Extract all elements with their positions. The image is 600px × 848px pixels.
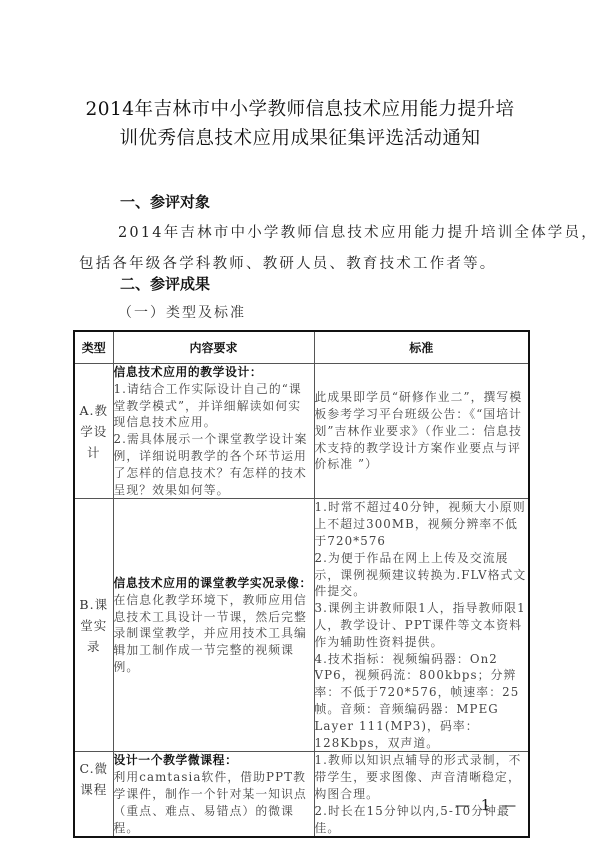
content-cell: 信息技术应用的课堂教学实况录像： 在信息化教学环境下，教师应用信息技术工具设计一…	[113, 499, 314, 752]
participants-paragraph-line1: 2014年吉林市中小学教师信息技术应用能力提升培训全体学员，	[118, 221, 598, 242]
table-header-row: 类型 内容要求 标准	[74, 331, 529, 364]
table-row: C.微课程 设计一个教学微课程： 利用camtasia软件，借助PPT教学课件，…	[74, 752, 529, 837]
type-label: B.课堂实录	[79, 594, 109, 657]
section-heading-participants: 一、参评对象	[120, 191, 210, 212]
content-title: 信息技术应用的课堂教学实况录像：	[114, 575, 314, 592]
content-cell: 信息技术应用的教学设计： 1.请结合工作实际设计自己的“课堂教学模式”，并详细解…	[113, 364, 314, 499]
document-title-line2: 训优秀信息技术应用成果征集评选活动通知	[0, 124, 600, 150]
standard-text: 1.教师以知识点辅导的形式录制，不带学生，要求图像、声音清晰稳定，构图合理。 2…	[315, 752, 529, 836]
content-title: 信息技术应用的教学设计：	[114, 364, 314, 381]
header-type: 类型	[74, 331, 113, 364]
table-row: B.课堂实录 信息技术应用的课堂教学实况录像： 在信息化教学环境下，教师应用信息…	[74, 499, 529, 752]
type-cell: C.微课程	[74, 752, 113, 837]
document-title-line1: 2014年吉林市中小学教师信息技术应用能力提升培	[0, 95, 600, 121]
type-label: C.微课程	[79, 758, 109, 800]
standard-cell: 此成果即学员“研修作业二”，撰写模板参考学习平台班级公告：《“国培计划”吉林作业…	[314, 364, 529, 499]
content-title: 设计一个教学微课程：	[114, 752, 314, 769]
standard-cell: 1.教师以知识点辅导的形式录制，不带学生，要求图像、声音清晰稳定，构图合理。 2…	[314, 752, 529, 837]
header-standard: 标准	[314, 331, 529, 364]
content-cell: 设计一个教学微课程： 利用camtasia软件，借助PPT教学课件，制作一个针对…	[113, 752, 314, 837]
header-content: 内容要求	[113, 331, 314, 364]
participants-paragraph-line2: 包括各年级各学科教师、教研人员、教育技术工作者等。	[79, 252, 497, 273]
content-body: 在信息化教学环境下，教师应用信息技术工具设计一节课，然后完整录制课堂教学，并应用…	[114, 592, 314, 676]
page-number: — 1 —	[455, 796, 519, 814]
content-body: 1.请结合工作实际设计自己的“课堂教学模式”，并详细解读如何实现信息技术应用。 …	[114, 381, 314, 499]
content-body: 利用camtasia软件，借助PPT教学课件，制作一个针对某一知识点（重点、难点…	[114, 769, 314, 836]
table-row: A.教学设计 信息技术应用的教学设计： 1.请结合工作实际设计自己的“课堂教学模…	[74, 364, 529, 499]
type-cell: B.课堂实录	[74, 499, 113, 752]
type-label: A.教学设计	[79, 400, 109, 463]
types-standards-table: 类型 内容要求 标准 A.教学设计 信息技术应用的教学设计： 1.请结合工作实际…	[73, 330, 530, 838]
standard-cell: 1.时常不超过40分钟，视频大小原则上不超过300MB，视频分辨率不低于720*…	[314, 499, 529, 752]
subheading-types-standards: （一）类型及标准	[118, 302, 246, 322]
type-cell: A.教学设计	[74, 364, 113, 499]
section-heading-results: 二、参评成果	[120, 273, 210, 294]
standard-text: 此成果即学员“研修作业二”，撰写模板参考学习平台班级公告：《“国培计划”吉林作业…	[315, 389, 529, 473]
standard-text: 1.时常不超过40分钟，视频大小原则上不超过300MB，视频分辨率不低于720*…	[315, 499, 529, 751]
